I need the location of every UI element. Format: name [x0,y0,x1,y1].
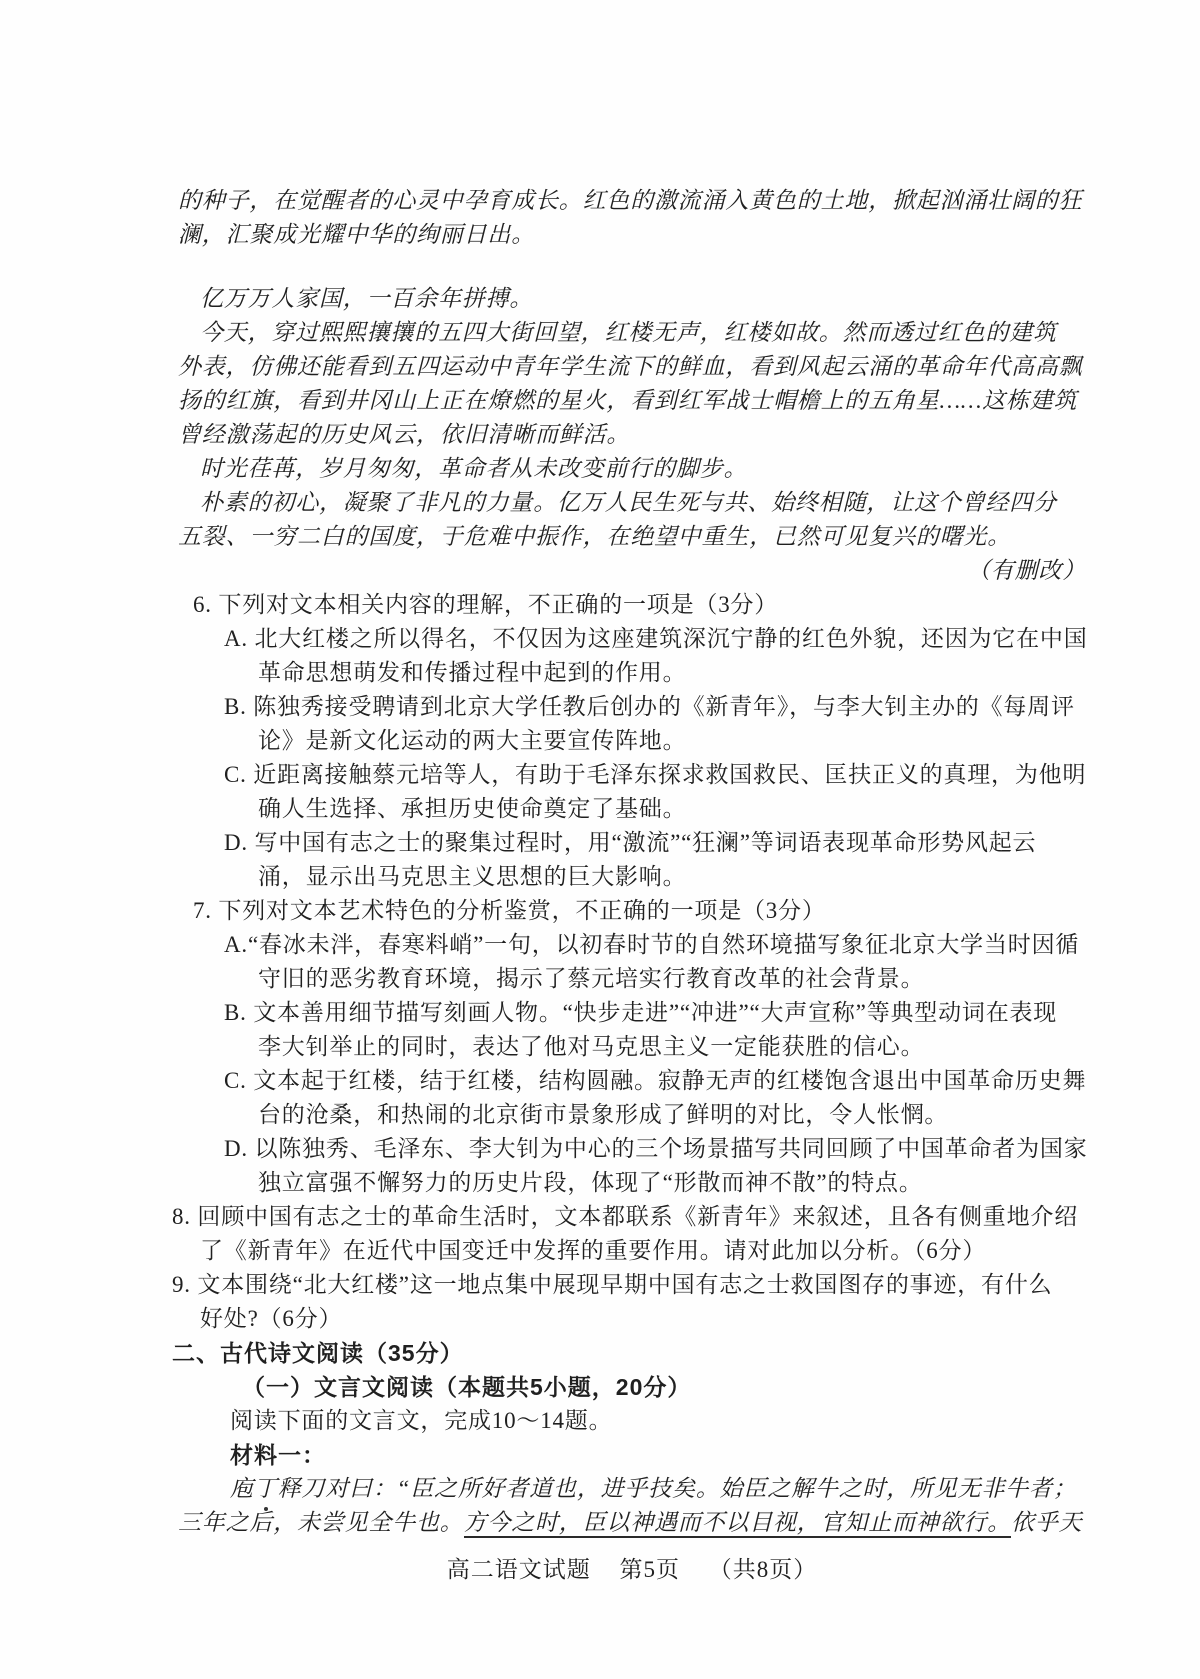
question-6-option-b-line-2: 论》是新文化运动的两大主要宣传阵地。 [178,724,1086,758]
question-6-option-d-line-2: 涌，显示出马克思主义思想的巨大影响。 [178,860,1086,894]
classical-text-segment: 三年之后，未尝见全牛也。 [178,1510,464,1535]
question-6-option-d-line-1: D. 写中国有志之士的聚集过程时，用“激流”“狂澜”等词语表现革命形势风起云 [178,826,1086,860]
question-8-line-1: 8. 回顾中国有志之士的革命生活时，文本都联系《新青年》来叙述，且各有侧重地介绍 [172,1200,1086,1234]
question-9: 9. 文本围绕“北大红楼”这一地点集中展现早期中国有志之士救国图存的事迹，有什么… [178,1268,1086,1336]
question-8: 8. 回顾中国有志之士的革命生活时，文本都联系《新青年》来叙述，且各有侧重地介绍… [178,1200,1086,1268]
question-7-stem: 7. 下列对文本艺术特色的分析鉴赏，不正确的一项是（3分） [178,894,1086,928]
passage-source-note: （有删改） [178,554,1086,588]
passage-line: 扬的红旗，看到井冈山上正在燎燃的星火，看到红军战士帽檐上的五角星……这栋建筑 [178,384,1086,418]
question-9-line-2: 好处?（6分） [178,1302,1086,1336]
footer-exam-title: 高二语文试题 [447,1557,591,1582]
question-7-option-b-line-1: B. 文本善用细节描写刻画人物。“快步走进”“冲进”“大声宣称”等典型动词在表现 [178,996,1086,1030]
question-6: 6. 下列对文本相关内容的理解，不正确的一项是（3分） A. 北大红楼之所以得名… [178,588,1086,894]
material-1-label: 材料一： [178,1438,1086,1472]
passage-line: 朴素的初心，凝聚了非凡的力量。亿万人民生死与共、始终相随，让这个曾经四分 [178,486,1086,520]
passage-line: 的种子，在觉醒者的心灵中孕育成长。红色的激流涌入黄色的土地，掀起汹涌壮阔的狂 [178,184,1086,218]
classical-text-line: 庖丁释刀对曰：“臣之所好者道也，进乎技矣。始臣之解牛之时，所见无非牛者； [178,1472,1086,1506]
question-7-option-b-line-2: 李大钊举止的同时，表达了他对马克思主义一定能获胜的信心。 [178,1030,1086,1064]
page-content: 的种子，在觉醒者的心灵中孕育成长。红色的激流涌入黄色的土地，掀起汹涌壮阔的狂 澜… [178,184,1086,1540]
question-8-line-2: 了《新青年》在近代中国变迁中发挥的重要作用。请对此加以分析。（6分） [178,1234,1086,1268]
underlined-classical-sentence: 方今之时，臣以神遇而不以目视，官知止而神欲行。 [464,1510,1011,1538]
classical-text-segment: 释刀对曰：“臣之所好者道也，进乎技矣。始臣之解牛之时，所见无非牛者； [278,1476,1077,1501]
question-7: 7. 下列对文本艺术特色的分析鉴赏，不正确的一项是（3分） A.“春冰未泮，春寒… [178,894,1086,1200]
classical-text-segment: 依乎天 [1011,1510,1082,1535]
passage-line: 时光荏苒，岁月匆匆，革命者从未改变前行的脚步。 [178,452,1086,486]
question-6-option-a-line-1: A. 北大红楼之所以得名，不仅因为这座建筑深沉宁静的红色外貌，还因为它在中国 [178,622,1086,656]
footer-total-pages: （共8页） [709,1557,818,1582]
passage-line: 外表，仿佛还能看到五四运动中青年学生流下的鲜血，看到风起云涌的革命年代高高飘 [178,350,1086,384]
reading-passage: 的种子，在觉醒者的心灵中孕育成长。红色的激流涌入黄色的土地，掀起汹涌壮阔的狂 澜… [178,184,1086,588]
passage-line: 今天，穿过熙熙攘攘的五四大街回望，红楼无声，红楼如故。然而透过红色的建筑 [178,316,1086,350]
exam-paper-page: 的种子，在觉醒者的心灵中孕育成长。红色的激流涌入黄色的土地，掀起汹涌壮阔的狂 澜… [0,0,1200,1679]
question-7-option-c-line-1: C. 文本起于红楼，结于红楼，结构圆融。寂静无声的红楼饱含退出中国革命历史舞 [178,1064,1086,1098]
passage-line: 亿万万人家国，一百余年拼搏。 [178,282,1086,316]
passage-line: 曾经激荡起的历史风云，依旧清晰而鲜活。 [178,418,1086,452]
page-footer: 高二语文试题 第5页 （共8页） [178,1551,1086,1584]
footer-page-number: 第5页 [620,1557,681,1582]
question-7-option-d-line-2: 独立富强不懈努力的历史片段，体现了“形散而神不散”的特点。 [178,1166,1086,1200]
section-2-heading: 二、古代诗文阅读（35分） [172,1336,1086,1370]
question-6-option-b-line-1: B. 陈独秀接受聘请到北京大学任教后创办的《新青年》，与李大钊主办的《每周评 [178,690,1086,724]
passage-line: 五裂、一穷二白的国度，于危难中振作，在绝望中重生，已然可见复兴的曙光。 [178,520,1086,554]
question-6-option-c-line-1: C. 近距离接触蔡元培等人，有助于毛泽东探求救国救民、匡扶正义的真理，为他明 [178,758,1086,792]
question-7-option-a-line-2: 守旧的恶劣教育环境，揭示了蔡元培实行教育改革的社会背景。 [178,962,1086,996]
question-9-line-1: 9. 文本围绕“北大红楼”这一地点集中展现早期中国有志之士救国图存的事迹，有什么 [172,1268,1086,1302]
classical-text-line: 三年之后，未尝见全牛也。方今之时，臣以神遇而不以目视，官知止而神欲行。依乎天 [178,1506,1086,1540]
classical-text-segment: 庖 [230,1476,254,1501]
question-6-option-c-line-2: 确人生选择、承担历史使命奠定了基础。 [178,792,1086,826]
section-2-ancient-poetry-prose: 二、古代诗文阅读（35分） （一）文言文阅读（本题共5小题，20分） 阅读下面的… [178,1336,1086,1540]
question-7-option-c-line-2: 台的沧桑，和热闹的北京街市景象形成了鲜明的对比，令人怅惘。 [178,1098,1086,1132]
question-6-stem: 6. 下列对文本相关内容的理解，不正确的一项是（3分） [178,588,1086,622]
question-7-option-a-line-1: A.“春冰未泮，春寒料峭”一句，以初春时节的自然环境描写象征北京大学当时因循 [178,928,1086,962]
question-6-option-a-line-2: 革命思想萌发和传播过程中起到的作用。 [178,656,1086,690]
section-2-instruction: 阅读下面的文言文，完成10～14题。 [178,1404,1086,1438]
passage-line: 澜，汇聚成光耀中华的绚丽日出。 [178,218,1086,252]
section-2-subheading: （一）文言文阅读（本题共5小题，20分） [178,1370,1086,1404]
question-7-option-d-line-1: D. 以陈独秀、毛泽东、李大钊为中心的三个场景描写共同回顾了中国革命者为国家 [178,1132,1086,1166]
emphasis-dot-character: 丁 [254,1472,278,1506]
